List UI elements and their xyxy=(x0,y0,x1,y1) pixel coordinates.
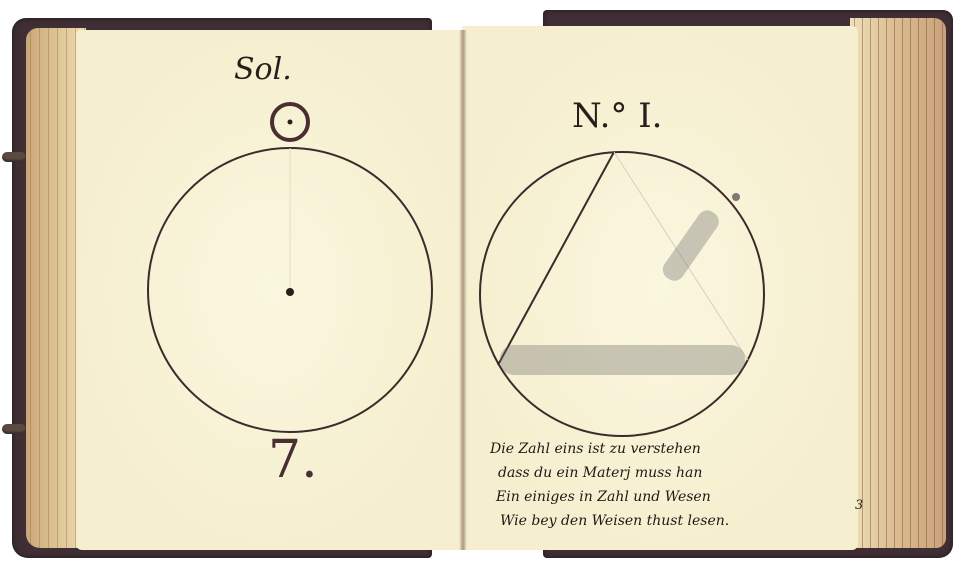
heading-sol: Sol. xyxy=(234,52,292,87)
handwritten-text: Die Zahl eins ist zu verstehen dass du e… xyxy=(490,437,800,533)
figure-number: 7. xyxy=(268,430,318,490)
diagrams xyxy=(0,0,960,576)
text-line: Ein einiges in Zahl und Wesen xyxy=(490,485,800,509)
text-line: Die Zahl eins ist zu verstehen xyxy=(490,437,800,461)
text-line: Wie bey den Weisen thust lesen. xyxy=(490,509,800,533)
circle-figure-left xyxy=(148,148,432,432)
circle-triangle-figure-right xyxy=(480,152,764,436)
sun-symbol-icon xyxy=(272,104,308,140)
page-number: 3 xyxy=(855,498,863,513)
text-line: dass du ein Materj muss han xyxy=(490,461,800,485)
open-book-photo: Sol. N.° I. 7. Die Zahl eins ist zu vers… xyxy=(0,0,960,576)
heading-number-one: N.° I. xyxy=(572,96,662,136)
